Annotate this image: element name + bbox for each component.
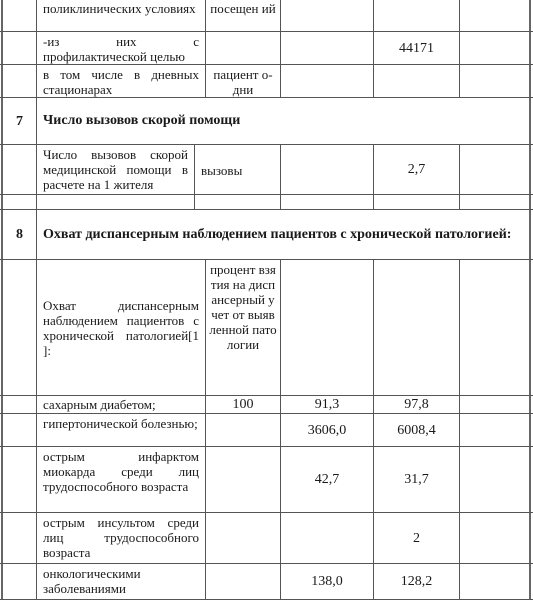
indicator-label: поликлинических условиях	[36, 0, 205, 31]
unit-cell	[205, 32, 280, 64]
value-cell	[205, 447, 280, 512]
value-cell: 138,0	[280, 564, 373, 599]
unit-cell	[194, 195, 280, 209]
value-cell	[373, 0, 459, 31]
table-row: онкологическими заболеваниями 138,0 128,…	[0, 564, 533, 600]
value-cell: 91,3	[280, 396, 373, 413]
row-number-cell	[1, 447, 36, 512]
indicator-label: -из них с профилактической целью	[36, 32, 205, 64]
table-row: -из них с профилактической целью 44171	[0, 32, 533, 65]
section-title: Охват диспансерным наблюдением пациентов…	[36, 210, 531, 259]
document-page: поликлинических условиях посещен ий -из …	[0, 0, 533, 600]
value-cell	[373, 65, 459, 97]
value-cell	[205, 513, 280, 563]
unit-cell: пациент о-дни	[205, 65, 280, 97]
row-number-cell	[1, 414, 36, 446]
value-cell	[459, 32, 531, 64]
value-cell	[373, 195, 459, 209]
row-number-cell	[1, 145, 36, 194]
value-cell	[280, 0, 373, 31]
value-cell	[205, 414, 280, 446]
table-row: Число вызовов скорой медицинской помощи …	[0, 145, 533, 195]
value-cell	[459, 396, 531, 413]
indicator-label	[36, 195, 194, 209]
indicator-label: острым инсультом среди лиц трудоспособно…	[36, 513, 205, 563]
unit-cell: процент взятия на диспансерный учет от в…	[205, 260, 280, 395]
section-number: 8	[1, 210, 36, 259]
unit-cell: вызовы	[194, 145, 280, 194]
section-header-8: 8 Охват диспансерным наблюдением пациент…	[0, 210, 533, 260]
value-cell	[459, 447, 531, 512]
value-cell	[459, 0, 531, 31]
value-cell: 128,2	[373, 564, 459, 599]
value-cell	[459, 145, 531, 194]
section-header-7: 7 Число вызовов скорой помощи	[0, 98, 533, 145]
table-row: поликлинических условиях посещен ий	[0, 0, 533, 32]
row-number-cell	[1, 0, 36, 31]
value-cell: 31,7	[373, 447, 459, 512]
value-cell: 2	[373, 513, 459, 563]
row-number-cell	[1, 195, 36, 209]
indicator-label: Охват диспансерным наблюдением пациентов…	[36, 260, 205, 395]
value-cell	[459, 65, 531, 97]
section-number: 7	[1, 98, 36, 144]
table-row: гипертонической болезнью; 3606,0 6008,4	[0, 414, 533, 447]
section-title: Число вызовов скорой помощи	[36, 98, 531, 144]
value-cell	[280, 32, 373, 64]
indicator-label: сахарным диабетом;	[36, 396, 205, 413]
value-cell	[280, 145, 373, 194]
value-cell: 2,7	[373, 145, 459, 194]
row-number-cell	[1, 513, 36, 563]
row-number-cell	[1, 396, 36, 413]
unit-cell: посещен ий	[205, 0, 280, 31]
table-row	[0, 195, 533, 210]
value-cell: 44171	[373, 32, 459, 64]
value-cell	[459, 564, 531, 599]
indicator-label: Число вызовов скорой медицинской помощи …	[36, 145, 194, 194]
table-row: Охват диспансерным наблюдением пациентов…	[0, 260, 533, 396]
row-number-cell	[1, 32, 36, 64]
value-cell	[459, 195, 531, 209]
value-cell	[280, 65, 373, 97]
value-cell	[280, 195, 373, 209]
value-cell	[280, 260, 373, 395]
value-cell: 42,7	[280, 447, 373, 512]
value-cell: 97,8	[373, 396, 459, 413]
value-cell	[459, 513, 531, 563]
table-row: острым инсультом среди лиц трудоспособно…	[0, 513, 533, 564]
row-number-cell	[1, 564, 36, 599]
indicator-label: острым инфарктом миокарда среди лиц труд…	[36, 447, 205, 512]
value-cell	[459, 260, 531, 395]
indicator-label: гипертонической болезнью;	[36, 414, 205, 446]
indicator-label: онкологическими заболеваниями	[36, 564, 205, 599]
value-cell	[205, 564, 280, 599]
row-number-cell	[1, 260, 36, 395]
row-number-cell	[1, 65, 36, 97]
value-cell	[459, 414, 531, 446]
value-cell: 100	[205, 396, 280, 413]
table-row: сахарным диабетом; 100 91,3 97,8	[0, 396, 533, 414]
value-cell: 3606,0	[280, 414, 373, 446]
value-cell: 6008,4	[373, 414, 459, 446]
indicator-label: в том числе в дневных стационарах	[36, 65, 205, 97]
value-cell	[280, 513, 373, 563]
table-row: острым инфарктом миокарда среди лиц труд…	[0, 447, 533, 513]
table-row: в том числе в дневных стационарах пациен…	[0, 65, 533, 98]
value-cell	[373, 260, 459, 395]
